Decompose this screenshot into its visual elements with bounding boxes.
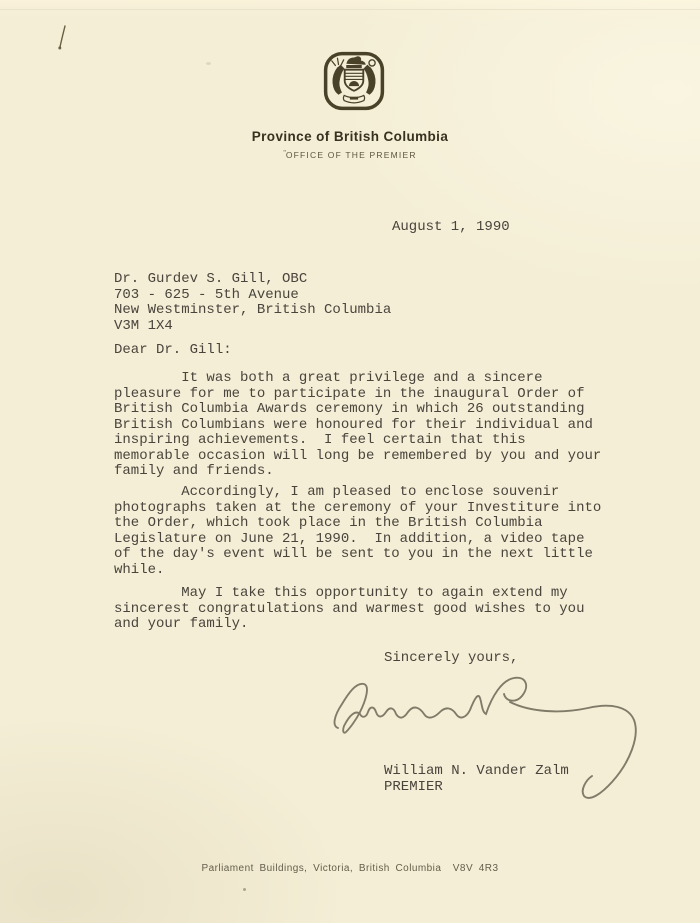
letter-page: Province of British Columbia "OFFICE OF …	[0, 0, 700, 923]
letterhead-office-label: OFFICE OF THE PREMIER	[286, 150, 417, 160]
signer-name-block: William N. Vander Zalm PREMIER	[384, 764, 569, 795]
salutation: Dear Dr. Gill:	[114, 343, 232, 359]
bc-coat-of-arms-icon	[322, 49, 386, 113]
body-paragraph-2: Accordingly, I am pleased to enclose sou…	[114, 485, 639, 578]
pen-tick-mark	[50, 18, 74, 56]
recipient-address: Dr. Gurdev S. Gill, OBC 703 - 625 - 5th …	[114, 272, 391, 334]
body-paragraph-1: It was both a great privilege and a sinc…	[114, 371, 639, 480]
letterhead-office: "OFFICE OF THE PREMIER	[0, 150, 700, 160]
signature-scribble	[330, 676, 670, 816]
paper-speck	[243, 888, 246, 891]
paper-speck	[206, 62, 211, 65]
body-paragraph-3: May I take this opportunity to again ext…	[114, 586, 639, 633]
footer-address: Parliament Buildings, Victoria, British …	[0, 863, 700, 874]
closing-line: Sincerely yours,	[384, 651, 518, 667]
letterhead-province: Province of British Columbia	[0, 129, 700, 144]
date-line: August 1, 1990	[392, 220, 510, 236]
